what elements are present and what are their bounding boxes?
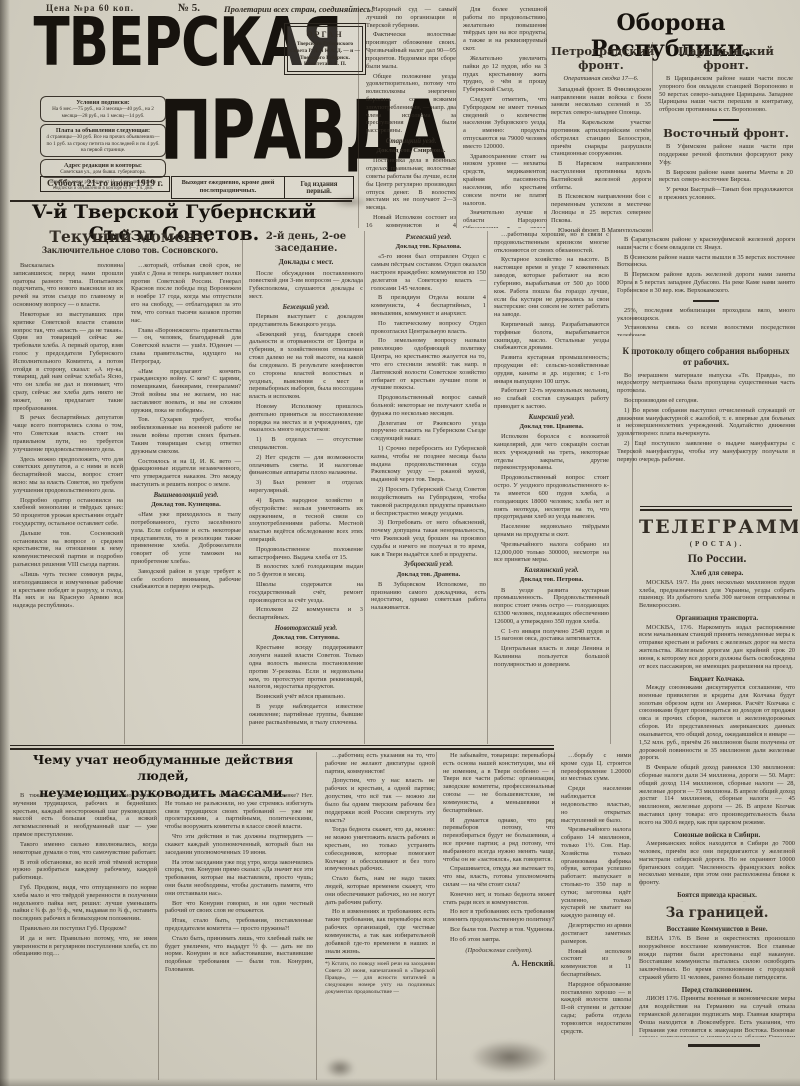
paragraph: Правильно ли поступил Губ. Продком? (13, 925, 157, 933)
subsection-title-current-moment: Текущий момент. (12, 227, 248, 246)
paragraph: 1) Во время собрания выступил отчисленны… (617, 407, 795, 438)
article-column-reports-b: Для более успешной работы по продовольст… (460, 6, 550, 228)
paragraph: Не забывайте, товарищи: перевыборы есть … (443, 752, 555, 815)
paragraph: Хлеб для севера. (639, 569, 795, 578)
paragraph: В президиум Отдела вошли 4 коммуниста, 4… (371, 294, 486, 317)
paragraph: Народное образование поставлено хорошо —… (561, 981, 631, 1036)
paragraph: Подробно оратор остановился на хлебной м… (13, 497, 123, 528)
paragraph: И да и нет. Правильно потому, что, не им… (13, 935, 157, 958)
paragraph (713, 119, 739, 121)
paragraph: В Царицынском районе наши части после уп… (659, 75, 793, 114)
paragraph: 2) Просить Губернский Съезд Советов возд… (371, 486, 486, 517)
newspaper-page: Цена №ра 60 коп. № 5. Пролетарии всех ст… (0, 0, 800, 1086)
paragraph: Итак, стало быть, требования, поставленн… (165, 917, 313, 933)
paragraph: В тяжёлые времена, когда особенно тяжелы… (13, 792, 157, 839)
paragraph: Следует отметить, что Губпродком не имее… (463, 96, 547, 151)
paragraph: Что эти действия и так должны подтвердит… (165, 833, 313, 856)
paragraph: В Нарвском направлении наступления проти… (551, 160, 651, 191)
paragraph: По тактическому вопросу Отдел провозглас… (371, 320, 486, 336)
column-rule (610, 231, 611, 744)
bottom-column-4: Не забывайте, товарищи: перевыборы есть … (440, 752, 558, 1080)
telegrams-rule-2 (640, 509, 792, 511)
paragraph: Дальше тов. Сосновский остановился на во… (13, 530, 123, 569)
paragraph: На этом заседании уже под утро, когда за… (165, 859, 313, 898)
front-continuation-column: В Сарапульском районе у красноуфимской ж… (614, 236, 798, 336)
paragraph: 1) Срочно перебросить из Губернской казн… (371, 445, 486, 484)
paragraph: Продовольственное положение катастрофичн… (249, 546, 363, 562)
bottom-column-5: …борьбу с ними кроме суда Ц. строится пе… (558, 752, 634, 1080)
bottom-section-rule-2 (10, 748, 554, 750)
paragraph: Воинский учёт вёлся правильно. (249, 693, 363, 701)
paragraph: По земельному вопросу назвали революцию … (371, 337, 486, 392)
paragraph: Народный суд — самый лучший по организац… (366, 6, 456, 29)
paragraph: Губ. Продком, видя, что отпущенного по н… (13, 884, 157, 923)
paragraph: Школы содержатся на государственный счёт… (249, 581, 363, 604)
paragraph: Но в изменениях и требованиях есть такие… (325, 908, 435, 955)
paragraph: Оперативная сводка 17—6. (551, 75, 651, 83)
bottom-column-3: …работниц есть указания на то, что рабоч… (322, 752, 438, 1080)
article-column-2: …который, отбывая свой срок, не ушёл с Д… (128, 262, 244, 744)
paragraph: В Уфимском районе наши части при поддерж… (659, 143, 793, 166)
paragraph: Старицкий уезд. (366, 138, 456, 146)
bottom-article-title-line1: Чему учат необдуманные действия людей, (12, 752, 314, 785)
paragraph: Чрезвычайного налога собрано 14 миллионо… (561, 826, 631, 920)
abroad-section: За границей. Восстание Коммунистов в Вен… (636, 905, 798, 1037)
paragraph: В Псковском направлении бои с переменным… (551, 193, 651, 224)
paragraph: Крестьяне всюду поддерживают лозунги наш… (249, 644, 363, 691)
telegrams-title: ТЕЛЕГРАММЫ. (639, 516, 795, 539)
masthead-title-line1: ТВЕРСКАЯ (33, 10, 294, 77)
paragraph: В уезде развита кустарная промышленность… (494, 587, 609, 626)
paragraph: Допустим, что у нас власть не рабочих и … (325, 777, 435, 824)
paragraph: Первым выступает с докладом представител… (249, 313, 363, 329)
session-subtitle: Доклады с мест. (249, 257, 363, 266)
paragraph: Фактически волостные производят обложени… (366, 31, 456, 70)
paragraph: Дезертирство из армии достигает заметных… (561, 922, 631, 945)
front-title-tsaritsyn: Царицынский фронт. (659, 44, 793, 72)
paragraph: С 1-го января получено 2540 пудов и 15 в… (494, 628, 609, 644)
paragraph: Стало быть, нам не надо таких людей, кот… (325, 875, 435, 906)
paragraph: Западный фронт. В Финляндском направлени… (551, 86, 651, 117)
paragraph: Американских войск находится в Сибири до… (639, 840, 795, 887)
abroad-title: За границей. (639, 905, 795, 921)
paragraph: Работают 12-ть мукомольных мельниц, но с… (494, 387, 609, 410)
address-title: Адрес редакции и конторы: (45, 162, 161, 169)
paragraph: 4) Брать народное хозяйство в обустройст… (249, 497, 363, 544)
paragraph: ВЕНА 17/6. В Вене и окрестностях произош… (639, 935, 795, 982)
paragraph: Новому Исполкому пришлось деятельно прин… (249, 403, 363, 434)
protocol-block: К протоколу общего собрания выборных от … (614, 340, 798, 504)
paragraph: МОСКВА, 17/6. Наркомпуть издал распоряже… (639, 624, 795, 671)
paragraph: …работницы хорошие, но в связи с продово… (494, 231, 609, 254)
column-rule (364, 231, 365, 744)
paragraph: Глава «Воронежского» правительства — он,… (131, 327, 241, 366)
paragraph: Все были тов. Рахтер и тов. Чудинова. (443, 926, 555, 934)
telegrams-rubric: По России. (639, 551, 795, 566)
paragraph: Тов. Сухарев требует, чтобы мобилизованн… (131, 416, 241, 455)
article-column-3: 2-й день, 2-ое заседание. Доклады с мест… (246, 231, 366, 744)
edition-year-box: Год издания первый. (284, 176, 354, 199)
organ-box: ОРГАН Тверского Губернского Совета Р. Д.… (287, 26, 363, 72)
front-eastern-text: В Уфимском районе наши части при поддерж… (659, 143, 793, 202)
paragraph: 2) Нет средств — для возможности оплачив… (249, 454, 363, 477)
paragraph: Некоторые из выступавших при критике Сов… (13, 311, 123, 413)
paragraph: МОСКВА 19/7. На днях несколько миллионов… (639, 579, 795, 610)
paragraph: После обсуждения поставленного повесткой… (249, 270, 363, 301)
paragraph: Желательно увеличить пайки до 12 пудов, … (463, 55, 547, 94)
bottom-column-1: В тяжёлые времена, когда особенно тяжелы… (10, 792, 160, 1080)
paragraph: Значительно лучше в области Народного Об… (463, 209, 547, 228)
article-column-1: Высказалась половина записавшихся; перед… (10, 262, 126, 744)
paragraph: Восстание Коммунистов в Вене. (639, 925, 795, 934)
paragraph: Специальный корреспондент Таймса с Мурма… (639, 901, 795, 902)
paragraph: В уезде наблюдается известное оживление;… (249, 703, 363, 726)
column-rule (456, 6, 457, 228)
paragraph: Население недовольно твёрдыми ценами на … (494, 523, 609, 539)
column-rule (436, 752, 437, 1080)
front-column-petrograd: Петроградский фронт. Оперативная сводка … (548, 42, 654, 232)
column-rule (316, 752, 317, 1080)
paragraph: 3) Потребовать от него объяснений, почем… (371, 519, 486, 558)
paragraph: Стало быть, принимать лишь, что хлебный … (165, 935, 313, 974)
front-title-petrograd: Петроградский фронт. (551, 44, 651, 72)
column-rule (546, 6, 547, 232)
paragraph: Союзные войска в Сибири. (639, 831, 795, 840)
protocol-text: Во вчерашнем материале выпуска «Тв. Прав… (617, 372, 795, 464)
paragraph: Кимрский уезд. (494, 414, 609, 422)
subscription-title: Условия подписки: (45, 99, 161, 106)
paragraph: Кустарное хозяйство на высоте. В настоящ… (494, 256, 609, 319)
paragraph: В Пермском районе вдоль железной дороги … (617, 271, 795, 294)
telegrams-agency: (РОСТА). (639, 540, 795, 549)
paragraph: Среди населения наблюдается недовольство… (561, 785, 631, 824)
paragraph: Заводской район в уезде требует к себе о… (131, 568, 241, 591)
paragraph: На Карельском участке противник артиллер… (551, 119, 651, 158)
paragraph: Исполком 22 коммуниста и 3 беспартийных. (249, 606, 363, 622)
paragraph: …работниц есть указания на то, что рабоч… (325, 752, 435, 775)
column-rule (242, 231, 243, 744)
footnote: *) Кстати, по поводу моей речи на заседа… (325, 958, 435, 995)
front-tsaritsyn-text: В Царицынском районе наши части после уп… (659, 75, 793, 121)
paragraph: В Бирском районе нами заняты Мачты в 20 … (659, 169, 793, 185)
paragraph: Но об этом завтра. (443, 936, 555, 944)
paragraph: А. Невский. (443, 959, 555, 969)
paragraph: Доклад тов. Крылова. (371, 243, 486, 251)
paragraph: В речах беспартийных депутатов чаще всег… (13, 414, 123, 453)
bottom-column-2: Рассчитывал ли остановиться на забастовк… (162, 792, 316, 1080)
paragraph: Постановка дела в военных отделах правил… (366, 157, 456, 212)
paragraph: Во вчерашнем материале выпуска «Тв. Прав… (617, 372, 795, 395)
column-rule (158, 792, 159, 1080)
paragraph: …борьбу с ними кроме суда Ц. строится пе… (561, 752, 631, 783)
paragraph: Бежецкий уезд. (249, 304, 363, 312)
paragraph: …который, отбывая свой срок, не ушёл с Д… (131, 262, 241, 325)
paragraph: Бюджет Колчака. (639, 675, 795, 684)
paragraph: Новоторжский уезд. (249, 625, 363, 633)
paragraph: «Нам уже приходилось в тылу потребованно… (131, 511, 241, 566)
ads-rates-title: Плата за объявления следующая: (45, 127, 161, 134)
column-rule (124, 262, 125, 744)
paragraph: Исполком боролся с волокитой канцелярий,… (494, 433, 609, 472)
subscription-body: На 6 мес.—75 руб., на 3 месяца—40 руб., … (45, 106, 161, 119)
paragraph: В Осинском районе наши части вышли в 35 … (617, 254, 795, 270)
byline-sosnovsky: Заключительное слово тов. Сосновского. (12, 246, 248, 256)
masthead-title-line2: ПРАВДА (160, 90, 358, 172)
telegrams-section: ТЕЛЕГРАММЫ. (РОСТА). По России. Хлеб для… (636, 514, 798, 902)
paragraph: Продовольственный вопрос стоит остро. У … (494, 474, 609, 521)
paragraph: ЛИОН 17/6. Приняты военные и экономическ… (639, 995, 795, 1037)
ads-rates-box: Плата за объявления следующая: 4 страниц… (40, 124, 166, 157)
paragraph (693, 300, 719, 302)
front-title-eastern: Восточный фронт. (659, 126, 793, 140)
abroad-text: Восстание Коммунистов в Вене.ВЕНА 17/6. … (639, 925, 795, 1037)
column-rule (652, 42, 653, 232)
telegrams-rule (640, 506, 792, 507)
session-reports-text: После обсуждения поставленного повесткой… (249, 270, 363, 727)
session-title: 2-й день, 2-ое заседание. (249, 231, 363, 255)
organ-text: Тверского Губернского Совета Р. Д. и К-А… (290, 41, 360, 68)
paragraph: Доклад тов. Ситунова. (249, 634, 363, 642)
paragraph: Такого именно сильно взволновались, когд… (13, 841, 157, 857)
paragraph: Воспроизводим её сегодня. (617, 397, 795, 405)
paragraph: «5-го июня был отправлен Отдел с самым п… (371, 253, 486, 292)
paragraph: И думается однако, что ряд перевыборов п… (443, 817, 555, 864)
paragraph: Доклад тов. Дранева. (371, 571, 486, 579)
paragraph: 3) Был ремонт в отделах нерегулярный. (249, 479, 363, 495)
paragraph: Центральная власть в лице Ленина и Калин… (494, 645, 609, 668)
paragraph: Зубцовский уезд. (371, 561, 486, 569)
bottom-column-3-text: …работниц есть указания на то, что рабоч… (325, 752, 435, 955)
paragraph: Состоялось и на Ц. И. К. вето — фракцион… (131, 458, 241, 489)
ads-rates-body: 4 страницы—30 руб. Все на прочих объявле… (45, 134, 161, 154)
scan-edge-shadow (0, 0, 10, 1086)
paragraph: Доклад тов. Петрова. (494, 576, 609, 584)
paragraph: Вот что Конурин говорил, и ни один честн… (165, 900, 313, 916)
paragraph: Конечно нет, и только беднота может стат… (443, 891, 555, 907)
paragraph: (Продолжение следует). (443, 947, 555, 955)
paragraph: Установлена связь со всеми волостями пос… (617, 324, 795, 336)
paragraph: Делегатам от Ржевского уезда поручено ог… (371, 420, 486, 443)
protocol-title: К протоколу общего собрания выборных от … (617, 346, 795, 369)
paragraph: Доклад тов. Цванева. (494, 423, 609, 431)
paragraph: «Бежецкий уезд, благодаря своей дальност… (249, 331, 363, 401)
paragraph: Организация транспорта. (639, 614, 795, 623)
paragraph: Но вот в требованиях есть требование изм… (443, 908, 555, 924)
schedule-box: Выходит ежедневно, кроме дней послепразд… (171, 176, 285, 199)
paragraph: Перед столкновением. (639, 986, 795, 995)
column-rule (487, 231, 488, 744)
paragraph: Вышневолоцкий уезд. (131, 492, 241, 500)
paragraph: Рассчитывал ли остановиться на забастовк… (165, 792, 313, 831)
paragraph: В этой обстановке, во всей этой тёмной и… (13, 859, 157, 882)
paragraph: Чрезвычайного налога собрано из 12,000,0… (494, 541, 609, 564)
paragraph: 2) Ещё поступило заявление о выдаче ману… (617, 440, 795, 463)
paragraph: Ржевский уезд. (371, 234, 486, 242)
paragraph: Здравоохранение стоит на низком уровне —… (463, 153, 547, 208)
column-rule (554, 752, 555, 1080)
paragraph: В Феврале общий доход равнялся 130 милли… (639, 764, 795, 827)
subscription-box: Условия подписки: На 6 мес.—75 руб., на … (40, 96, 166, 122)
paragraph: В Зубцовском Исполкоме, по признанию сам… (371, 581, 486, 612)
paragraph: Здесь можно предположить, что для советс… (13, 456, 123, 495)
paragraph: Кирпичный завод. Разрабатываются торфяны… (494, 321, 609, 352)
telegrams-text: Хлеб для севера.МОСКВА 19/7. На днях нес… (639, 569, 795, 902)
paragraph: Развита кустарная промышленность; продук… (494, 354, 609, 385)
paragraph: Новый Исполком состоит из 16 коммунистов… (366, 214, 456, 228)
article-column-reports-a: Народный суд — самый лучший по организац… (363, 6, 459, 228)
paragraph: У речки Быстрый—Танып бои продолжаются в… (659, 186, 793, 202)
paragraph: Для более успешной работы по продовольст… (463, 6, 547, 53)
article-column-4: Ржевский уезд.Доклад тов. Крылова.«5-го … (368, 231, 489, 744)
paragraph: Высказалась половина записавшихся; перед… (13, 262, 123, 309)
bottom-section-rule (10, 745, 554, 746)
front-column-tsaritsyn: Царицынский фронт. В Царицынском районе … (656, 42, 796, 232)
paragraph: 1) В отделах — отсутствие специалистов. (249, 436, 363, 452)
paragraph: Между союзниками дискутируется соглашени… (639, 684, 795, 762)
paragraph: 25%, последняя мобилизация проходила вял… (617, 307, 795, 323)
paragraph: Новый исполком состоит из 9 коммунистов … (561, 948, 631, 979)
address-body: Советская ул., дом бывш. губернатора. (45, 169, 161, 176)
paragraph: Продовольственный вопрос самый больной: … (371, 394, 486, 417)
paragraph: Калязинский уезд. (494, 567, 609, 575)
column-rule (632, 236, 633, 1036)
paragraph: «Лишь чуть теснее сомкнув ряды, изголода… (13, 571, 123, 610)
paragraph: Боятся приезда красных. (639, 891, 795, 900)
paragraph: Тогда беднота скажет, что да, можно: не … (325, 826, 435, 873)
paragraph: «Нам предлагают кончить гражданскую войн… (131, 368, 241, 415)
date-box: Суббота, 21-го июня 1919 г. (40, 176, 170, 192)
article-column-5: …работницы хорошие, но в связи с продово… (491, 231, 612, 744)
paragraph: Спрашивается, откуда же вытекает то, что… (443, 865, 555, 888)
paragraph: Доклад тов. Кузнецова. (131, 501, 241, 509)
paragraph: Доклад тов. Смирнова. (366, 147, 456, 155)
column-rule (358, 6, 359, 228)
end-flourish-rule (688, 1044, 760, 1047)
paragraph: В волостях хлеб голодающим выдан по 5 фу… (249, 563, 363, 579)
organ-title: ОРГАН (290, 30, 360, 39)
paragraph: В Сарапульском районе у красноуфимской ж… (617, 236, 795, 252)
paragraph: Общее положение уезда удовлетворительно,… (366, 73, 456, 136)
front-petrograd-text: Оперативная сводка 17—6.Западный фронт. … (551, 75, 651, 232)
